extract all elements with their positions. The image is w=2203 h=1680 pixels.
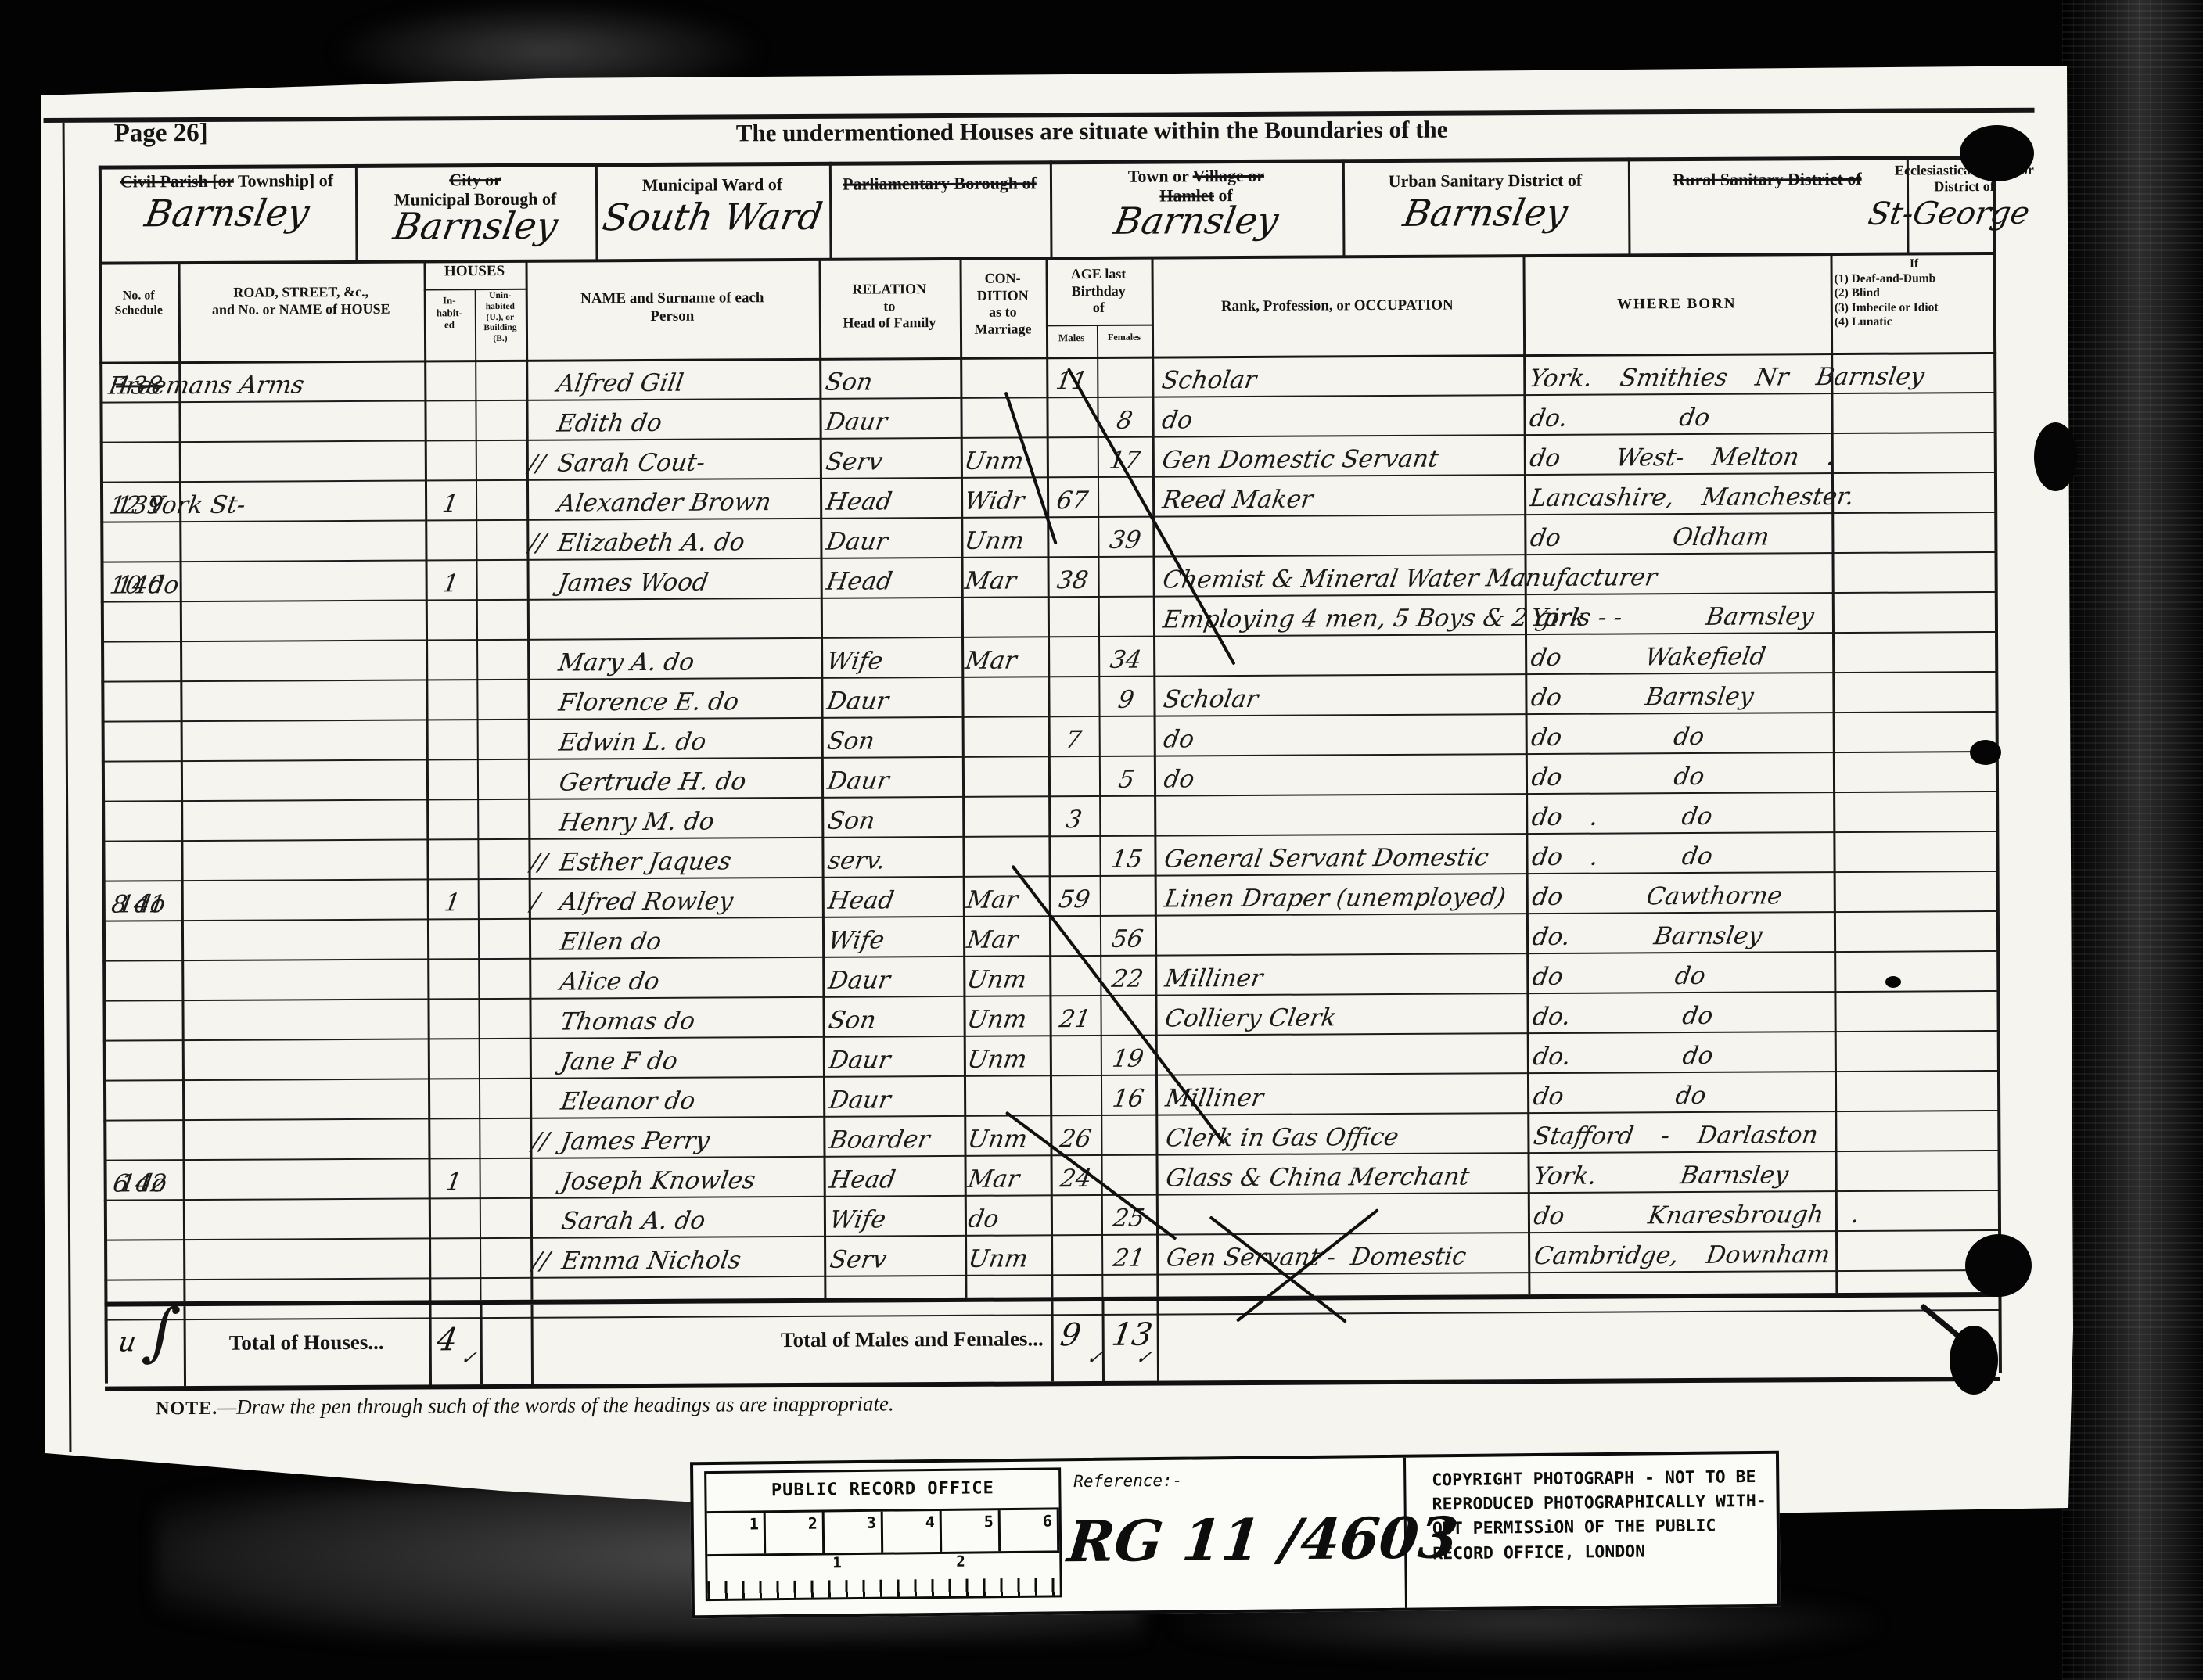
cell-occupation: Scholar xyxy=(1160,366,1259,395)
cell-relation: Daur xyxy=(827,1046,893,1074)
cell-where-born: Lancashire, Manchester. xyxy=(1528,483,1856,512)
total-males-females-label: Total of Males and Females... xyxy=(652,1326,1044,1353)
cell-occupation: Glass & China Merchant xyxy=(1164,1162,1472,1192)
cell-schedule-number xyxy=(102,719,181,720)
cell-address: 12 York St- xyxy=(107,490,417,520)
cell-age-female: 21 xyxy=(1099,1244,1159,1273)
cell-age-male: 7 xyxy=(1046,726,1101,754)
cell-occupation: Scholar xyxy=(1162,685,1260,714)
ink-blob xyxy=(2034,422,2077,491)
cell-relation: Head xyxy=(826,886,896,914)
label-segment: Urban Sanitary District of xyxy=(1342,157,1628,191)
label-segment: Town or xyxy=(1128,166,1193,185)
cell-age-male: 3 xyxy=(1046,806,1101,834)
cell-name: Mary A. do xyxy=(556,648,696,677)
cell-address xyxy=(111,758,416,759)
cell-schedule-number xyxy=(103,1158,182,1158)
census-scan: Page 26] The undermentioned Houses are s… xyxy=(0,0,2203,1680)
pen-slash-mark: ∕ xyxy=(529,888,541,917)
cell-inhabited: 1 xyxy=(422,490,478,518)
cell-occupation: Gen Domestic Servant xyxy=(1160,445,1440,475)
cell-schedule-number xyxy=(102,838,181,839)
cell-relation: Head xyxy=(828,1165,897,1194)
cell-where-born: do. do xyxy=(1528,404,1712,433)
cell-name: Esther Jaques xyxy=(558,847,733,876)
cell-age-male: 59 xyxy=(1047,885,1102,914)
cell-inhabited: 1 xyxy=(425,888,480,917)
stamp-ruler-box: PUBLIC RECORD OFFICE 1 2 3 4 5 6 1 2 xyxy=(704,1467,1062,1601)
cell-where-born: do. do xyxy=(1531,1002,1715,1031)
cell-address xyxy=(111,838,416,839)
label-segment: Municipal Ward of xyxy=(595,162,829,196)
cell-condition: Mar xyxy=(963,647,1019,675)
col-header-females: Females xyxy=(1097,332,1152,343)
label-segment: Township] of xyxy=(234,171,333,191)
col-header-age: AGE lastBirthdayof xyxy=(1046,266,1152,317)
cell-age-female: 19 xyxy=(1098,1045,1158,1073)
district-parliamentary-borough: Parliamentary Borough of xyxy=(829,160,1051,259)
cell-name: Eleanor do xyxy=(559,1087,697,1116)
col-header-relation: RELATIONtoHead of Family xyxy=(819,281,960,332)
margin-mark: u xyxy=(117,1326,138,1358)
page-number: Page 26] xyxy=(114,119,208,149)
cell-occupation: do xyxy=(1162,725,1196,753)
cell-address xyxy=(112,997,417,999)
cell-condition: Mar xyxy=(965,886,1020,914)
cell-where-born: do. do xyxy=(1531,1042,1715,1071)
cell-address xyxy=(110,678,415,680)
cell-schedule-number xyxy=(102,759,181,759)
cell-where-born: York. Barnsley xyxy=(1532,1161,1791,1190)
cell-relation: Serv xyxy=(828,1245,888,1273)
cell-relation: Daur xyxy=(824,407,889,436)
district-municipal-ward: Municipal Ward of South Ward xyxy=(595,162,830,261)
cell-age-female: 9 xyxy=(1097,686,1156,714)
pen-slash-mark: ∕∕ xyxy=(526,450,547,478)
ruler-number: 2 xyxy=(766,1512,825,1553)
cell-name: Sarah A. do xyxy=(559,1207,707,1236)
cell-address xyxy=(112,878,417,879)
cell-age-female: 39 xyxy=(1096,526,1155,555)
cell-address: 6 do xyxy=(111,1168,421,1198)
cell-schedule-number xyxy=(100,559,179,560)
handwritten-value: Barnsley xyxy=(95,192,358,236)
cell-schedule-number xyxy=(101,679,180,680)
footnote: NOTE.—Draw the pen through such of the w… xyxy=(156,1391,894,1420)
stamp-copyright-section: COPYRIGHT PHOTOGRAPH - NOT TO BE REPRODU… xyxy=(1421,1454,1773,1608)
census-form: Page 26] The undermentioned Houses are s… xyxy=(0,0,2203,1680)
ruler-number: 1 xyxy=(832,1554,842,1571)
total-houses-value: 4 xyxy=(434,1322,459,1358)
pen-slash-mark: ∕∕ xyxy=(529,849,549,877)
cell-name: Gertrude H. do xyxy=(557,767,748,796)
cell-relation: Wife xyxy=(826,926,886,954)
cell-condition: Widr xyxy=(962,486,1026,515)
cell-age-male: 21 xyxy=(1048,1005,1103,1033)
col-header-condition: CON-DITIONas toMarriage xyxy=(960,270,1046,338)
cell-age-female: 56 xyxy=(1098,925,1157,953)
cell-where-born: do . do xyxy=(1530,842,1715,871)
cell-condition: Unm xyxy=(965,1005,1029,1033)
cell-name: Alice do xyxy=(559,967,662,996)
cell-relation: Wife xyxy=(828,1205,888,1233)
cell-address xyxy=(110,439,415,440)
cell-relation: Boarder xyxy=(828,1125,932,1154)
cell-name: Joseph Knowles xyxy=(559,1166,757,1195)
cell-relation: serv. xyxy=(826,846,887,874)
handwritten-value: Barnsley xyxy=(1339,192,1631,236)
cell-condition: Unm xyxy=(966,1125,1030,1153)
cell-inhabited: 1 xyxy=(426,1168,482,1196)
cell-occupation: Clerk in Gas Office xyxy=(1164,1123,1401,1153)
footnote-prefix: NOTE. xyxy=(156,1398,217,1419)
ink-blob xyxy=(1950,1326,1998,1395)
pen-slash-mark: ∕∕ xyxy=(530,1128,551,1156)
cell-relation: Son xyxy=(827,1006,878,1034)
label-segment: Village or xyxy=(1193,166,1265,185)
cell-relation: Daur xyxy=(825,527,890,555)
cell-relation: Son xyxy=(825,727,876,755)
cell-where-born: do. Barnsley xyxy=(1530,922,1764,952)
cell-name: Elizabeth A. do xyxy=(556,528,747,557)
ink-blob xyxy=(1965,1234,2032,1297)
ruler-number: 6 xyxy=(1001,1509,1060,1551)
check-mark: ✓ xyxy=(459,1347,478,1369)
cell-age-female: 16 xyxy=(1098,1085,1158,1113)
col-header-occupation: Rank, Profession, or OCCUPATION xyxy=(1152,296,1523,316)
cell-age-female: 5 xyxy=(1097,766,1156,794)
cell-condition: Unm xyxy=(965,1045,1029,1073)
cell-occupation: Colliery Clerk xyxy=(1163,1003,1339,1032)
cell-relation: Head xyxy=(825,567,894,595)
cell-address: 10 do xyxy=(108,570,418,600)
cell-schedule-number xyxy=(102,958,181,959)
cell-name: Edwin L. do xyxy=(557,728,708,757)
cell-relation: Son xyxy=(825,806,876,835)
cell-occupation: Milliner xyxy=(1163,1084,1265,1113)
cell-occupation: Linen Draper (unemployed) xyxy=(1163,883,1508,913)
cell-relation: Daur xyxy=(827,966,893,994)
cell-age-female: 15 xyxy=(1098,845,1157,874)
cell-name: Jane F do xyxy=(559,1047,679,1076)
cell-condition: Unm xyxy=(963,526,1026,555)
cell-name: James Perry xyxy=(559,1127,712,1156)
cell-where-born: do do xyxy=(1531,962,1708,991)
cell-relation: Head xyxy=(824,487,893,515)
census-rows: 138 Freemans Arms Alfred Gill Son 11 Sch… xyxy=(99,354,1999,1321)
cell-schedule-number xyxy=(100,440,179,440)
col-header-road: ROAD, STREET, &c.,and No. or NAME of HOU… xyxy=(178,283,424,318)
cell-schedule-number xyxy=(103,1038,182,1039)
cell-schedule-number xyxy=(100,479,179,480)
district-civil-parish: Civil Parish [or Township] of Barnsley xyxy=(99,164,356,264)
cell-name: Sarah Cout- xyxy=(555,449,707,478)
cell-schedule-number xyxy=(102,878,181,879)
handwritten-value: Barnsley xyxy=(352,204,599,249)
cell-where-born: do do xyxy=(1529,763,1706,792)
cell-where-born: do do xyxy=(1531,1082,1708,1111)
cell-where-born: Stafford - Darlaston xyxy=(1532,1121,1820,1151)
check-mark: ✓ xyxy=(1085,1347,1104,1369)
cell-address xyxy=(113,1077,418,1079)
ruler-number: 1 xyxy=(707,1513,767,1554)
cell-address xyxy=(112,957,417,959)
handwritten-value: South Ward xyxy=(592,196,833,240)
col-header-houses: HOUSES xyxy=(424,263,526,281)
cell-relation: Wife xyxy=(825,647,885,675)
cell-name: Alfred Rowley xyxy=(558,887,735,916)
check-flourish: ∫ xyxy=(140,1295,184,1368)
stamp-title: PUBLIC RECORD OFFICE xyxy=(706,1470,1058,1501)
cell-address: 8 do xyxy=(110,889,419,919)
cell-schedule-number xyxy=(103,1078,182,1079)
cell-where-born: York. Smithies Nr Barnsley xyxy=(1528,362,1927,393)
ink-blob xyxy=(1970,740,2001,765)
cell-condition: Unm xyxy=(962,447,1026,475)
check-mark: ✓ xyxy=(1134,1347,1153,1369)
reference-value: RG 11 ∕4603 xyxy=(1065,1504,1461,1574)
cell-relation: Daur xyxy=(827,1086,893,1114)
col-header-schedule: No. ofSchedule xyxy=(99,288,178,318)
cell-relation: Daur xyxy=(825,687,891,715)
cell-schedule-number xyxy=(103,1118,182,1118)
copyright-line: REPRODUCED PHOTOGRAPHICALLY WITH- xyxy=(1432,1489,1771,1517)
cell-occupation: do xyxy=(1162,765,1196,793)
cell-where-born: Cambridge, Downham xyxy=(1532,1240,1831,1270)
pen-slash-mark: ∕∕ xyxy=(530,1247,551,1276)
pen-slash-mark: ∕∕ xyxy=(527,529,548,558)
ruler-number: 2 xyxy=(956,1553,965,1571)
public-record-office-stamp: PUBLIC RECORD OFFICE 1 2 3 4 5 6 1 2 Ref… xyxy=(690,1451,1781,1619)
district-town: Town or Village orHamlet of Barnsley xyxy=(1050,159,1343,258)
cell-schedule-number xyxy=(104,1237,183,1238)
cell-address xyxy=(111,718,416,720)
col-header-males: Males xyxy=(1046,332,1097,344)
cell-name: Alexander Brown xyxy=(555,488,773,517)
label-segment: City or xyxy=(449,170,501,189)
cell-relation: Son xyxy=(824,368,875,396)
ruler-fine-ticks: 1 2 xyxy=(707,1550,1060,1599)
cell-address: Freemans Arms xyxy=(107,371,417,400)
col-header-born: WHERE BORN xyxy=(1523,295,1831,314)
ink-blob xyxy=(1960,125,2034,181)
cell-name: Edith do xyxy=(555,409,664,438)
cell-where-born: do Barnsley xyxy=(1529,683,1756,713)
col-header-uninhabited: Unin-habited(U.), orBuilding(B.) xyxy=(475,291,526,345)
cell-address xyxy=(113,1037,418,1039)
cell-occupation: Reed Maker xyxy=(1160,486,1314,515)
cell-age-male: 38 xyxy=(1045,566,1101,594)
cell-address xyxy=(110,558,415,560)
cell-address xyxy=(113,1157,418,1158)
cell-address xyxy=(110,638,415,640)
cell-address xyxy=(110,479,415,480)
cell-inhabited: 1 xyxy=(423,569,479,598)
cell-where-born: do . do xyxy=(1529,802,1714,831)
label-segment: Rural Sanitary District of xyxy=(1628,156,1907,190)
ruler-number: 3 xyxy=(825,1512,884,1553)
stamp-reference-section: Reference:- RG 11 ∕4603 xyxy=(1059,1458,1407,1612)
reference-label: Reference:- xyxy=(1073,1471,1182,1491)
ink-blob xyxy=(1885,976,1901,988)
cell-address xyxy=(113,1117,418,1118)
footnote-text: —Draw the pen through such of the words … xyxy=(217,1391,894,1419)
cell-address xyxy=(113,1276,419,1278)
cell-name: Thomas do xyxy=(559,1007,697,1036)
copyright-line: OUT PERMISSiON OF THE PUBLIC xyxy=(1432,1513,1772,1542)
cell-condition: Mar xyxy=(965,926,1020,954)
col-header-disability: If (1) Deaf-and-Dumb (2) Blind (3) Imbec… xyxy=(1834,257,1993,330)
district-urban-sanitary: Urban Sanitary District of Barnsley xyxy=(1342,157,1629,257)
cell-address xyxy=(113,1237,419,1238)
cell-name: Ellen do xyxy=(558,928,663,957)
handwritten-value: Barnsley xyxy=(1047,199,1346,243)
cell-condition: Mar xyxy=(963,567,1019,595)
cell-where-born: do do xyxy=(1529,723,1706,752)
cell-age-male: 67 xyxy=(1044,486,1100,515)
copyright-line: COPYRIGHT PHOTOGRAPH - NOT TO BE xyxy=(1432,1465,1771,1493)
handwritten-value: St-George xyxy=(1856,196,2042,232)
cell-schedule-number xyxy=(102,998,181,999)
label-segment: Civil Parish [or xyxy=(120,171,234,192)
cell-name: Emma Nichols xyxy=(559,1246,742,1275)
cell-occupation: General Servant Domestic xyxy=(1163,843,1491,873)
cell-where-born: do Oldham xyxy=(1529,522,1771,552)
col-header-inhabited: In-habit-ed xyxy=(424,294,475,331)
ruler-number: 4 xyxy=(883,1511,943,1553)
cell-age-female: 34 xyxy=(1096,646,1155,674)
cell-where-born: do Cawthorne xyxy=(1530,881,1784,911)
col-header-name: NAME and Surname of eachPerson xyxy=(526,289,819,327)
cell-where-born: do Wakefield xyxy=(1529,642,1767,672)
district-municipal-borough: City orMunicipal Borough of Barnsley xyxy=(355,163,596,262)
cell-relation: Daur xyxy=(825,766,891,795)
cell-name: James Wood xyxy=(556,569,710,598)
cell-condition: Unm xyxy=(965,965,1029,993)
label-segment: Parliamentary Borough of xyxy=(829,160,1050,194)
cell-name: Florence E. do xyxy=(557,687,741,716)
cell-condition: Unm xyxy=(966,1244,1030,1273)
ruler-number: 5 xyxy=(942,1510,1001,1552)
total-males-value: 9 xyxy=(1058,1317,1083,1353)
age-sub-rule xyxy=(1046,325,1153,327)
cell-schedule-number xyxy=(101,639,180,640)
cell-schedule-number xyxy=(102,799,181,799)
totals-row: u ∫ Total of Houses... 4 ✓ Total of Male… xyxy=(104,1292,2000,1391)
cell-schedule-number xyxy=(104,1277,183,1278)
cell-where-born: do West- Melton . xyxy=(1528,443,1837,472)
copyright-line: RECORD OFFICE, LONDON xyxy=(1432,1538,1772,1566)
cell-occupation: do xyxy=(1160,406,1195,434)
cell-relation: Serv xyxy=(824,447,884,476)
cell-where-born: York - Barnsley xyxy=(1529,602,1816,632)
label-segment: District of xyxy=(1934,178,1995,194)
cell-address xyxy=(111,798,416,799)
cell-name: Henry M. do xyxy=(558,808,717,837)
cell-occupation: Milliner xyxy=(1163,964,1265,993)
cell-name: Alfred Gill xyxy=(555,369,686,398)
ruler-inches: 1 2 3 4 5 6 xyxy=(707,1507,1060,1556)
cell-condition: Mar xyxy=(966,1165,1022,1194)
cell-occupation: Chemist & Mineral Water Manufacturer xyxy=(1161,563,1659,594)
total-houses-label: Total of Houses... xyxy=(184,1330,429,1355)
form-title: The undermentioned Houses are situate wi… xyxy=(544,114,1640,148)
cell-condition: do xyxy=(966,1205,1001,1233)
cell-where-born: do Knaresbrough . xyxy=(1532,1201,1861,1230)
page-margin-rule xyxy=(63,123,72,1452)
